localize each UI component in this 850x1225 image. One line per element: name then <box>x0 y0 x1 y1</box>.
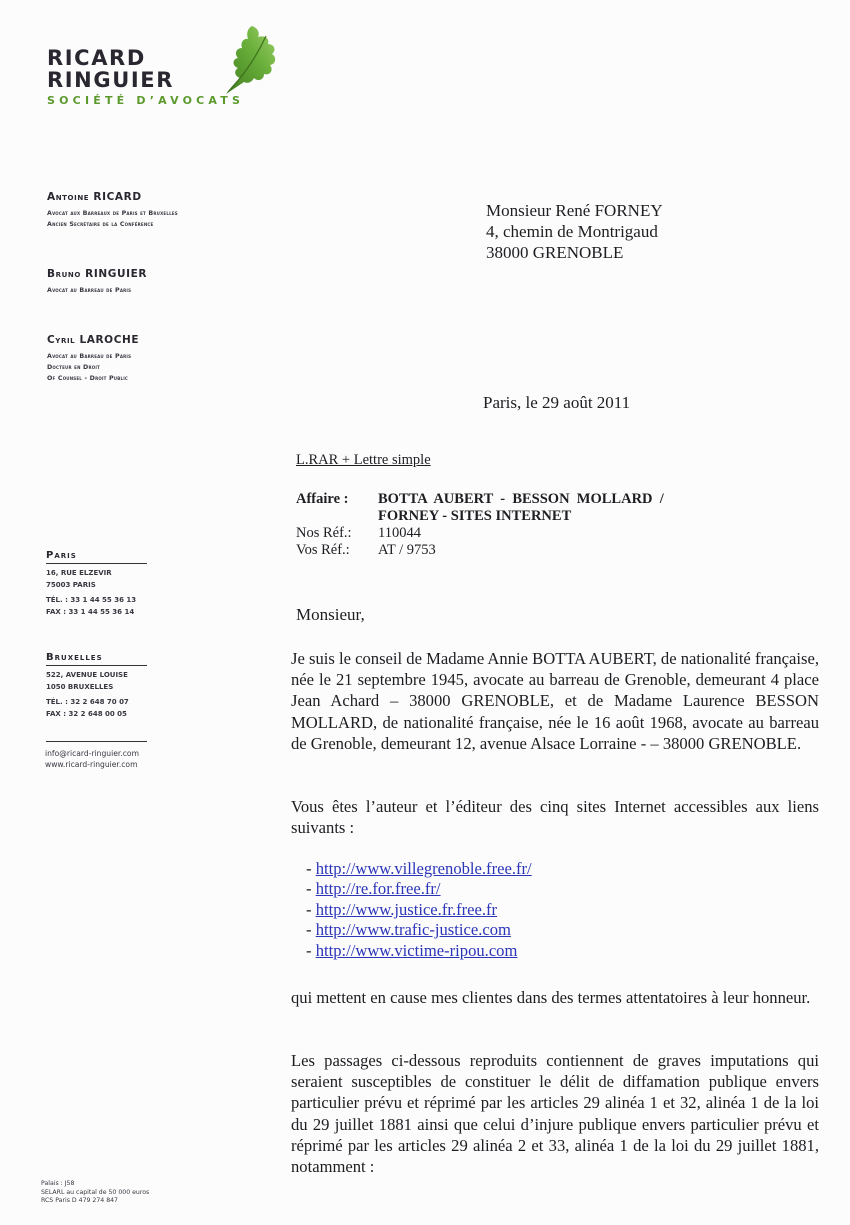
list-item: - http://www.villegrenoble.free.fr/ <box>306 859 532 879</box>
list-item: - http://www.victime-ripou.com <box>306 941 532 961</box>
partner-title: Ancien Secrétaire de la Conférence <box>47 219 178 230</box>
website-link[interactable]: http://www.villegrenoble.free.fr/ <box>316 859 532 878</box>
office-address: 522, AVENUE LOUISE <box>46 669 147 681</box>
vos-ref-value: AT / 9753 <box>378 542 436 559</box>
contact-block: info@ricard-ringuier.com www.ricard-ring… <box>45 748 139 770</box>
delivery-mode: L.RAR + Lettre simple <box>296 452 431 469</box>
partner-name: Cyril LAROCHE <box>47 334 139 346</box>
letterhead: RICARD RINGUIER SOCIÉTÉ D’AVOCATS <box>47 47 244 107</box>
references-block: Affaire : BOTTA AUBERT - BESSON MOLLARD … <box>296 491 716 559</box>
recipient-street: 4, chemin de Montrigaud <box>486 221 663 242</box>
partner-title: Avocat aux Barreaux de Paris et Bruxelle… <box>47 208 178 219</box>
office-fax: FAX : 32 2 648 00 05 <box>46 708 147 720</box>
list-item: - http://www.trafic-justice.com <box>306 920 532 940</box>
recipient-name: Monsieur René FORNEY <box>486 200 663 221</box>
list-item: - http://re.for.free.fr/ <box>306 879 532 899</box>
affaire-value-cont: FORNEY - SITES INTERNET <box>378 508 571 525</box>
legal-footer: Palais : J58 SELARL au capital de 50 000… <box>41 1180 149 1206</box>
office-city: Paris <box>46 550 147 564</box>
office-fax: FAX : 33 1 44 55 36 14 <box>46 606 147 618</box>
date-line: Paris, le 29 août 2011 <box>483 392 630 413</box>
partner-title: Of Counsel - Droit Public <box>47 373 139 384</box>
partner-block: Antoine RICARD Avocat aux Barreaux de Pa… <box>47 191 178 230</box>
recipient-address: Monsieur René FORNEY 4, chemin de Montri… <box>486 200 663 263</box>
paragraph-honneur: qui mettent en cause mes clientes dans d… <box>291 987 819 1008</box>
office-address: 75003 PARIS <box>46 579 147 591</box>
office-address: 1050 BRUXELLES <box>46 681 147 693</box>
paragraph-sites: Vous êtes l’auteur et l’éditeur des cinq… <box>291 796 819 838</box>
nos-ref-value: 110044 <box>378 525 421 542</box>
partner-name: Antoine RICARD <box>47 191 178 203</box>
website-link[interactable]: www.ricard-ringuier.com <box>45 759 139 770</box>
website-link[interactable]: http://re.for.free.fr/ <box>316 879 441 898</box>
paragraph-passages: Les passages ci-dessous reproduits conti… <box>291 1050 819 1177</box>
partner-title: Avocat au Barreau de Paris <box>47 351 139 362</box>
partner-block: Bruno RINGUIER Avocat au Barreau de Pari… <box>47 268 147 296</box>
website-link[interactable]: http://www.justice.fr.free.fr <box>316 900 497 919</box>
firm-name-line2: RINGUIER <box>47 69 244 91</box>
website-link[interactable]: http://www.trafic-justice.com <box>316 920 511 939</box>
nos-ref-label: Nos Réf.: <box>296 525 378 542</box>
affaire-value: BOTTA AUBERT - BESSON MOLLARD / <box>378 491 716 508</box>
recipient-city: 38000 GRENOBLE <box>486 242 663 263</box>
list-item: - http://www.justice.fr.free.fr <box>306 900 532 920</box>
office-city: Bruxelles <box>46 652 147 666</box>
vos-ref-label: Vos Réf.: <box>296 542 378 559</box>
footer-line: Palais : J58 <box>41 1180 149 1189</box>
website-list: - http://www.villegrenoble.free.fr/ - ht… <box>306 859 532 961</box>
oak-leaf-icon <box>222 24 280 96</box>
footer-line: SELARL au capital de 50 000 euros <box>41 1189 149 1198</box>
salutation: Monsieur, <box>296 604 365 625</box>
footer-line: RCS Paris D 479 274 847 <box>41 1197 149 1206</box>
website-link[interactable]: http://www.victime-ripou.com <box>316 941 518 960</box>
email-link[interactable]: info@ricard-ringuier.com <box>45 748 139 759</box>
office-tel: TÉL. : 32 2 648 70 07 <box>46 696 147 708</box>
firm-name-line1: RICARD <box>47 47 244 69</box>
partner-block: Cyril LAROCHE Avocat au Barreau de Paris… <box>47 334 139 384</box>
firm-subtitle: SOCIÉTÉ D’AVOCATS <box>47 94 244 107</box>
office-bruxelles: Bruxelles 522, AVENUE LOUISE 1050 BRUXEL… <box>46 652 147 720</box>
partner-title: Avocat au Barreau de Paris <box>47 285 147 296</box>
partner-title: Docteur en Droit <box>47 362 139 373</box>
paragraph-clients: Je suis le conseil de Madame Annie BOTTA… <box>291 648 819 754</box>
office-paris: Paris 16, RUE ELZEVIR 75003 PARIS TÉL. :… <box>46 550 147 618</box>
office-tel: TÉL. : 33 1 44 55 36 13 <box>46 594 147 606</box>
affaire-label: Affaire : <box>296 491 378 508</box>
partner-name: Bruno RINGUIER <box>47 268 147 280</box>
office-address: 16, RUE ELZEVIR <box>46 567 147 579</box>
contact-divider <box>46 741 147 742</box>
